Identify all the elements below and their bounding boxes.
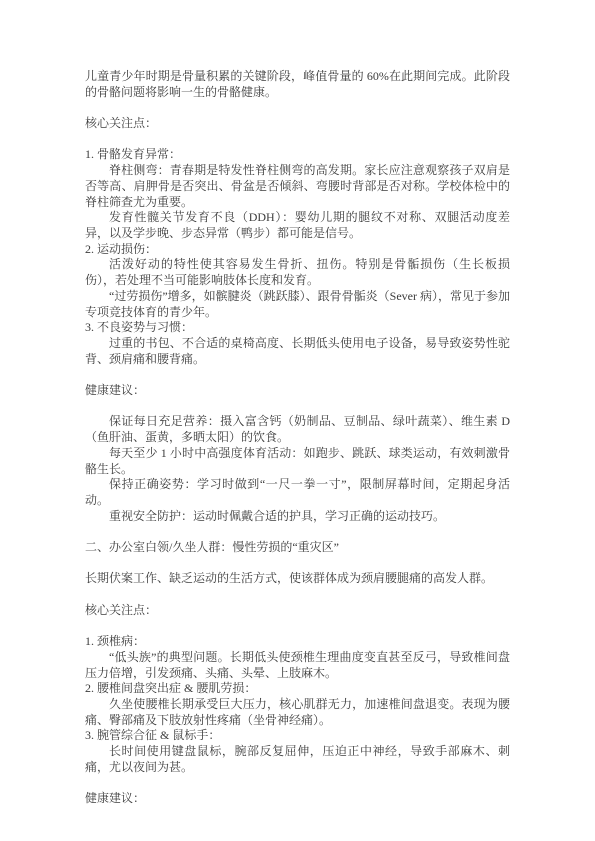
- list-item-paragraph: 活泼好动的特性使其容易发生骨折、扭伤。特别是骨骺损伤（生长板损伤），若处理不当可…: [85, 257, 510, 288]
- list-item-paragraph: 过重的书包、不合适的桌椅高度、长期低头使用电子设备，易导致姿势性驼背、颈肩痛和腰…: [85, 336, 510, 367]
- list-item-title: 3. 腕管综合征 & 鼠标手：: [85, 728, 510, 744]
- list-item-paragraph: “低头族”的典型问题。长期低头使颈椎生理曲度变直甚至反弓，导致椎间盘压力倍增，引…: [85, 650, 510, 681]
- advice-item: 重视安全防护：运动时佩戴合适的护具，学习正确的运动技巧。: [85, 509, 510, 525]
- list-item-paragraph: “过劳损伤”增多，如髌腱炎（跳跃膝）、跟骨骨骺炎（Sever 病），常见于参加专…: [85, 289, 510, 320]
- list-item-title: 1. 颈椎病：: [85, 634, 510, 650]
- advice-item: 保持正确姿势：学习时做到“一尺一拳一寸”，限制屏幕时间，定期起身活动。: [85, 477, 510, 508]
- advice-item: 保证每日充足营养：摄入富含钙（奶制品、豆制品、绿叶蔬菜）、维生素 D（鱼肝油、蛋…: [85, 414, 510, 445]
- list-item-paragraph: 久坐使腰椎长期承受巨大压力，核心肌群无力，加速椎间盘退变。表现为腰痛、臀部痛及下…: [85, 697, 510, 728]
- advice-heading: 健康建议：: [85, 791, 510, 807]
- document-page: 儿童青少年时期是骨量积累的关键阶段，峰值骨量的 60%在此期间完成。此阶段的骨骼…: [0, 0, 595, 841]
- section-intro-paragraph: 长期伏案工作、缺乏运动的生活方式，使该群体成为颈肩腰腿痛的高发人群。: [85, 571, 510, 587]
- advice-heading: 健康建议：: [85, 383, 510, 399]
- list-item-title: 3. 不良姿势与习惯：: [85, 320, 510, 336]
- focus-points-heading: 核心关注点：: [85, 116, 510, 132]
- list-item-title: 2. 腰椎间盘突出症 & 腰肌劳损：: [85, 681, 510, 697]
- list-item-paragraph: 脊柱侧弯：青春期是特发性脊柱侧弯的高发期。家长应注意观察孩子双肩是否等高、肩胛骨…: [85, 163, 510, 210]
- focus-points-heading: 核心关注点：: [85, 603, 510, 619]
- list-item-title: 1. 骨骼发育异常：: [85, 147, 510, 163]
- list-item-title: 2. 运动损伤：: [85, 242, 510, 258]
- section-heading: 二、办公室白领/久坐人群：慢性劳损的“重灾区”: [85, 540, 510, 556]
- intro-paragraph: 儿童青少年时期是骨量积累的关键阶段，峰值骨量的 60%在此期间完成。此阶段的骨骼…: [85, 69, 510, 100]
- advice-item: 每天至少 1 小时中高强度体育活动：如跑步、跳跃、球类运动，有效刺激骨骼生长。: [85, 446, 510, 477]
- list-item-paragraph: 发育性髋关节发育不良（DDH）：婴幼儿期的腿纹不对称、双腿活动度差异，以及学步晚…: [85, 210, 510, 241]
- list-item-paragraph: 长时间使用键盘鼠标，腕部反复屈伸，压迫正中神经，导致手部麻木、刺痛，尤以夜间为甚…: [85, 744, 510, 775]
